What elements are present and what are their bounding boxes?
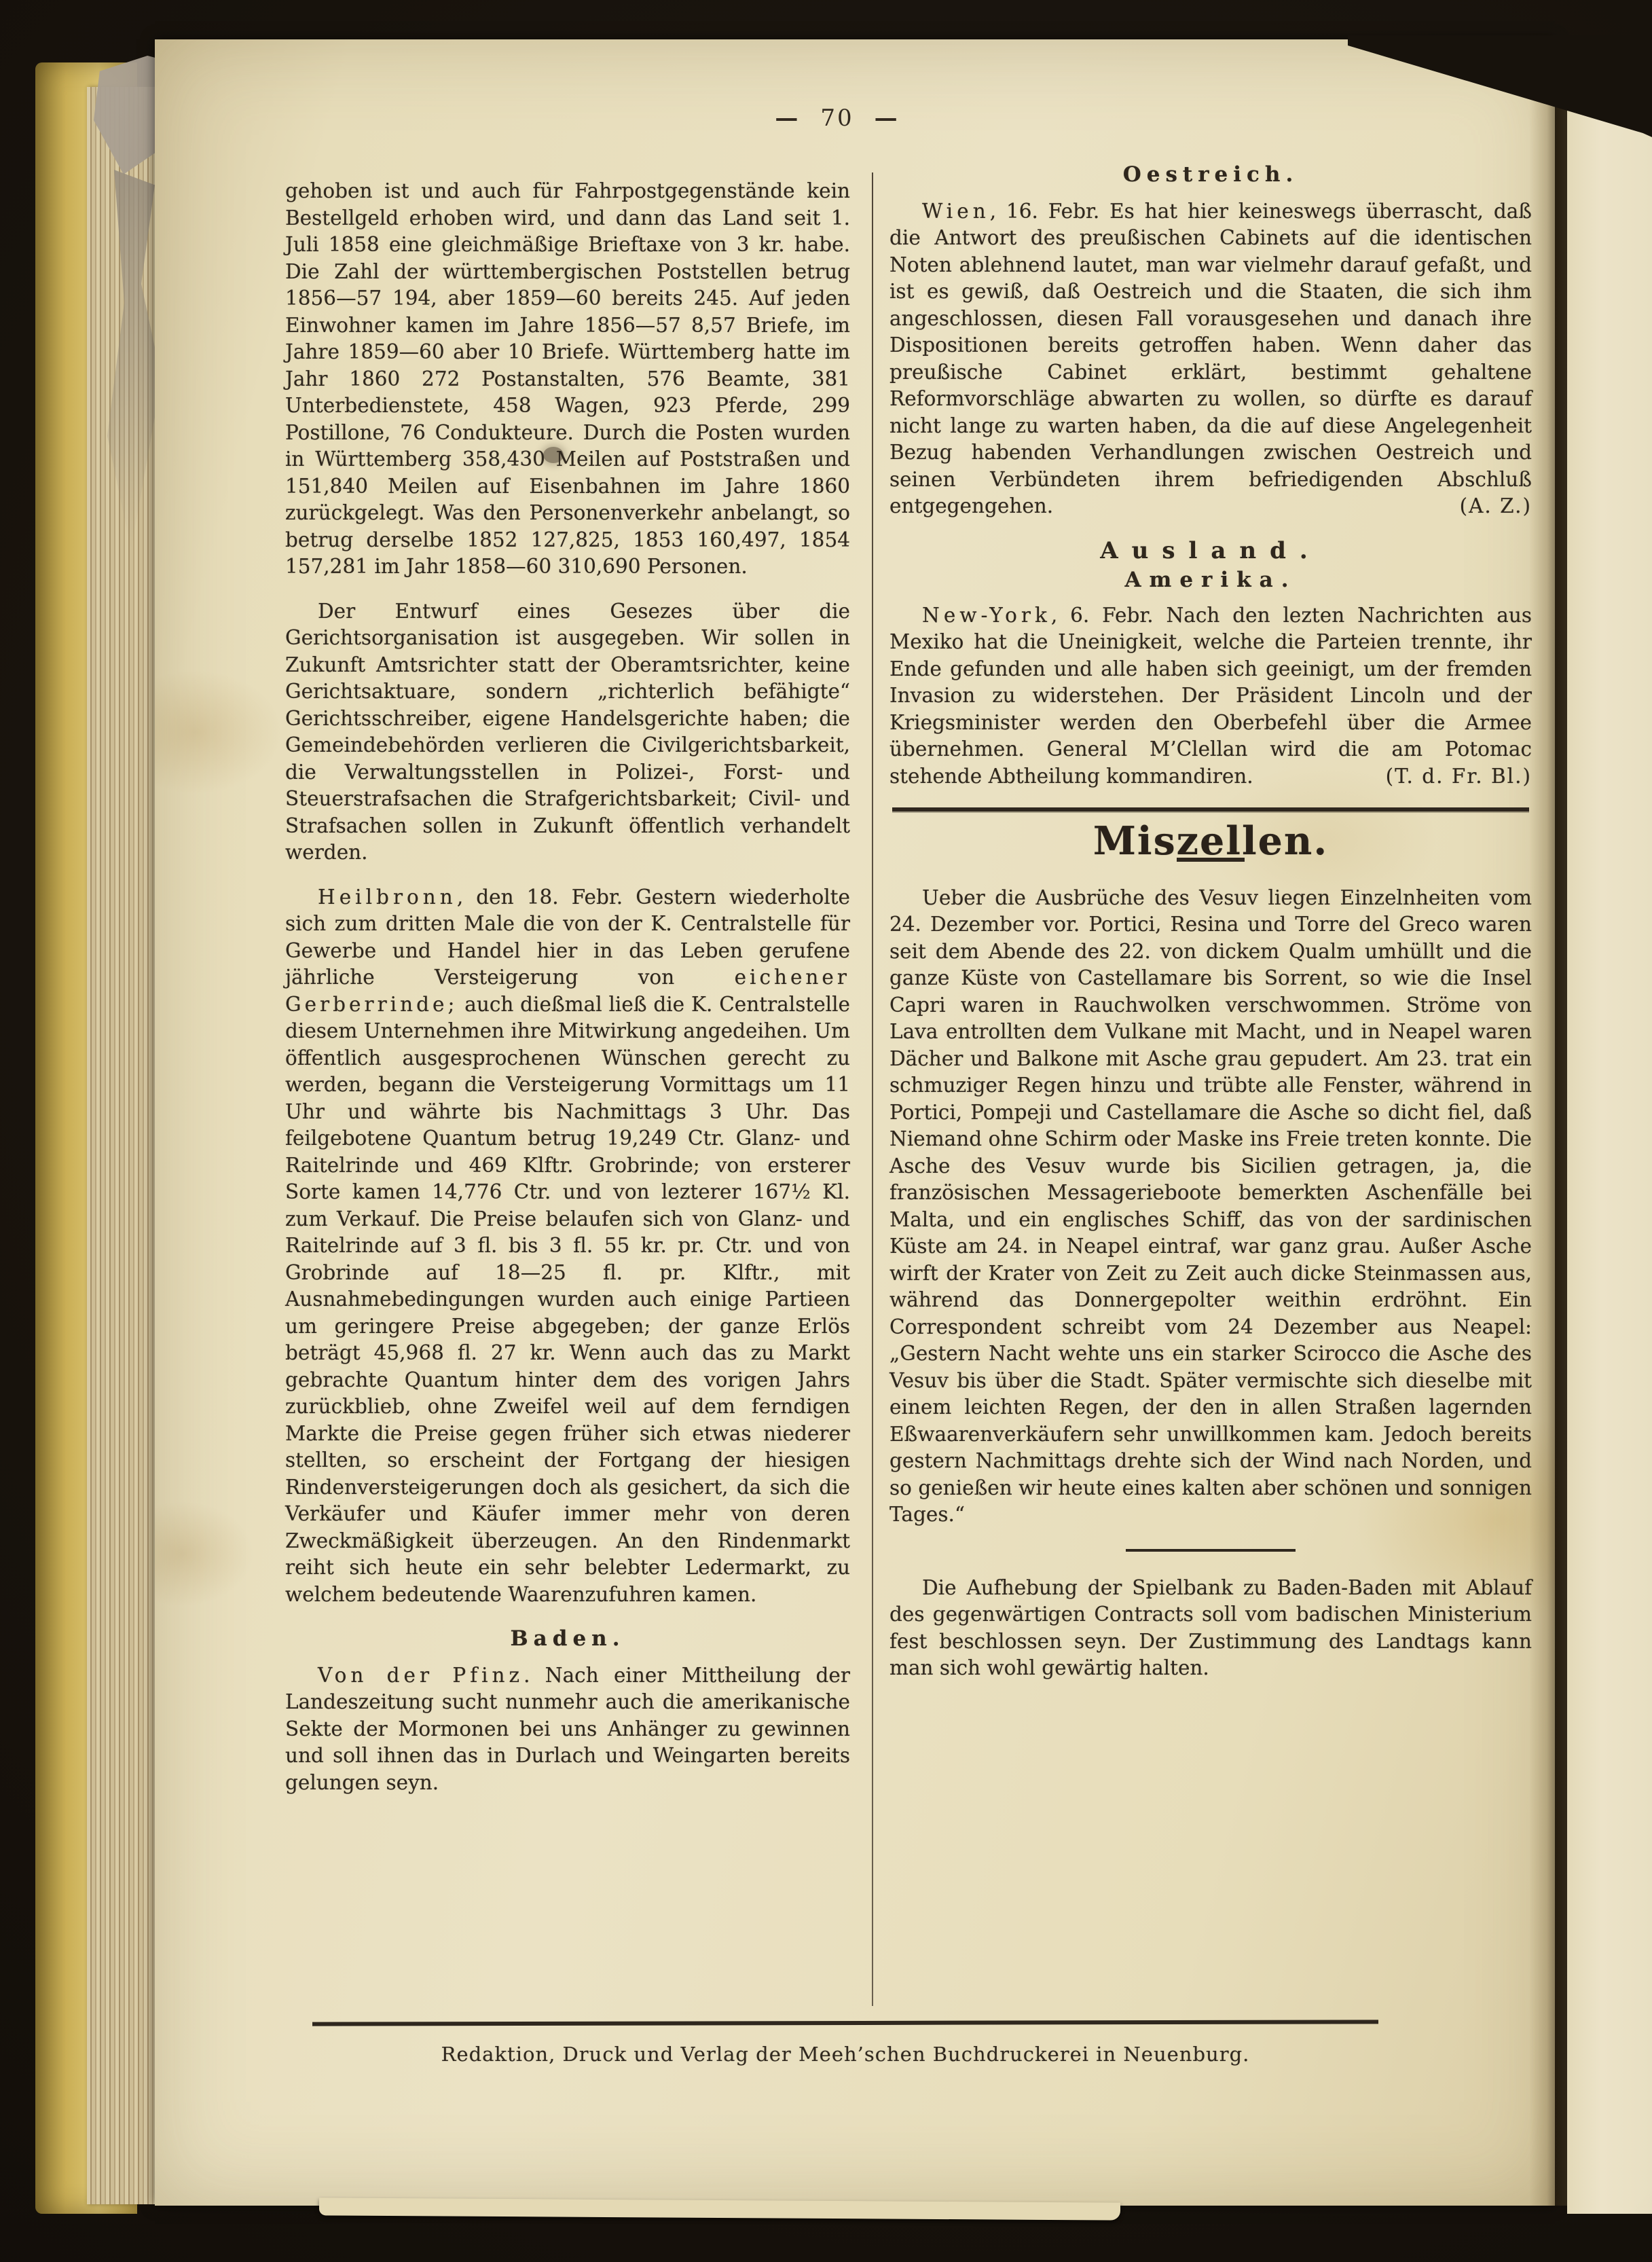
miszellen-top-rule [892, 807, 1529, 811]
right-column: Oestreich. Wien, 16. Febr. Es hat hier k… [889, 159, 1532, 1700]
dateline-wien-date: , 16. Febr. [990, 200, 1100, 223]
page-number: —70— [155, 105, 1520, 132]
dateline-heilbronn-date: , den 18. Febr. [457, 886, 623, 909]
article-pfinz: Von der Pfinz. Nach einer Mittheilung de… [285, 1662, 850, 1797]
wien-text: Es hat hier keineswegs überrascht, daß d… [889, 200, 1532, 518]
article-spielbank: Die Aufhebung der Spielbank zu Baden-Bad… [889, 1575, 1532, 1682]
page-number-value: 70 [820, 105, 853, 132]
adjacent-page [1567, 41, 1652, 2214]
dateline-newyork: New-York [922, 604, 1051, 627]
attribution-tdfrbl: (T. d. Fr. Bl.) [1353, 763, 1532, 790]
heading-baden: Baden. [285, 1626, 850, 1653]
paragraph-court-reform: Der Entwurf eines Gesezes über die Geric… [285, 598, 850, 867]
article-newyork: New-York, 6. Febr. Nach den lezten Nachr… [889, 602, 1532, 790]
article-vesuv: Ueber die Ausbrüche des Vesuv liegen Ein… [889, 885, 1532, 1529]
scanned-book-photo: { "colors": { "backdrop": "#17120c", "pa… [0, 0, 1652, 2262]
article-heilbronn: Heilbronn, den 18. Febr. Gestern wiederh… [285, 884, 850, 1609]
gutter-fold [1529, 39, 1568, 2206]
footer-rule [312, 2020, 1378, 2026]
heilbronn-text-after: auch dießmal ließ die K. Centralstelle d… [285, 993, 850, 1606]
heading-ausland: Ausland. [889, 538, 1532, 565]
dateline-newyork-date: , 6. Febr. [1051, 604, 1154, 627]
left-column: gehoben ist und auch für Fahrpostgegenst… [285, 178, 850, 1814]
dateline-pfinz: Von der Pfinz [318, 1664, 524, 1687]
separator-rule [1126, 1549, 1296, 1552]
page-number-dash-right: — [875, 105, 900, 132]
dateline-wien: Wien [922, 200, 990, 223]
page-number-dash-left: — [775, 105, 800, 132]
footer-imprint: Redaktion, Druck und Verlag der Meeh’sch… [312, 2043, 1378, 2066]
dateline-heilbronn: Heilbronn [318, 886, 457, 909]
newspaper-page: —70— gehoben ist und auch für Fahrpostge… [155, 39, 1555, 2206]
article-wien: Wien, 16. Febr. Es hat hier keineswegs ü… [889, 198, 1532, 520]
heading-miszellen: Miszellen. [889, 828, 1532, 855]
attribution-az: (A. Z.) [1427, 493, 1532, 520]
newyork-text: Nach den lezten Nachrichten aus Mexiko h… [889, 604, 1532, 788]
paragraph-postal-statistics: gehoben ist und auch für Fahrpostgegenst… [285, 178, 850, 581]
heading-amerika: Amerika. [889, 567, 1532, 594]
heading-oestreich: Oestreich. [889, 162, 1532, 189]
dateline-pfinz-rest: . [524, 1664, 530, 1687]
column-divider-rule [872, 172, 873, 2006]
